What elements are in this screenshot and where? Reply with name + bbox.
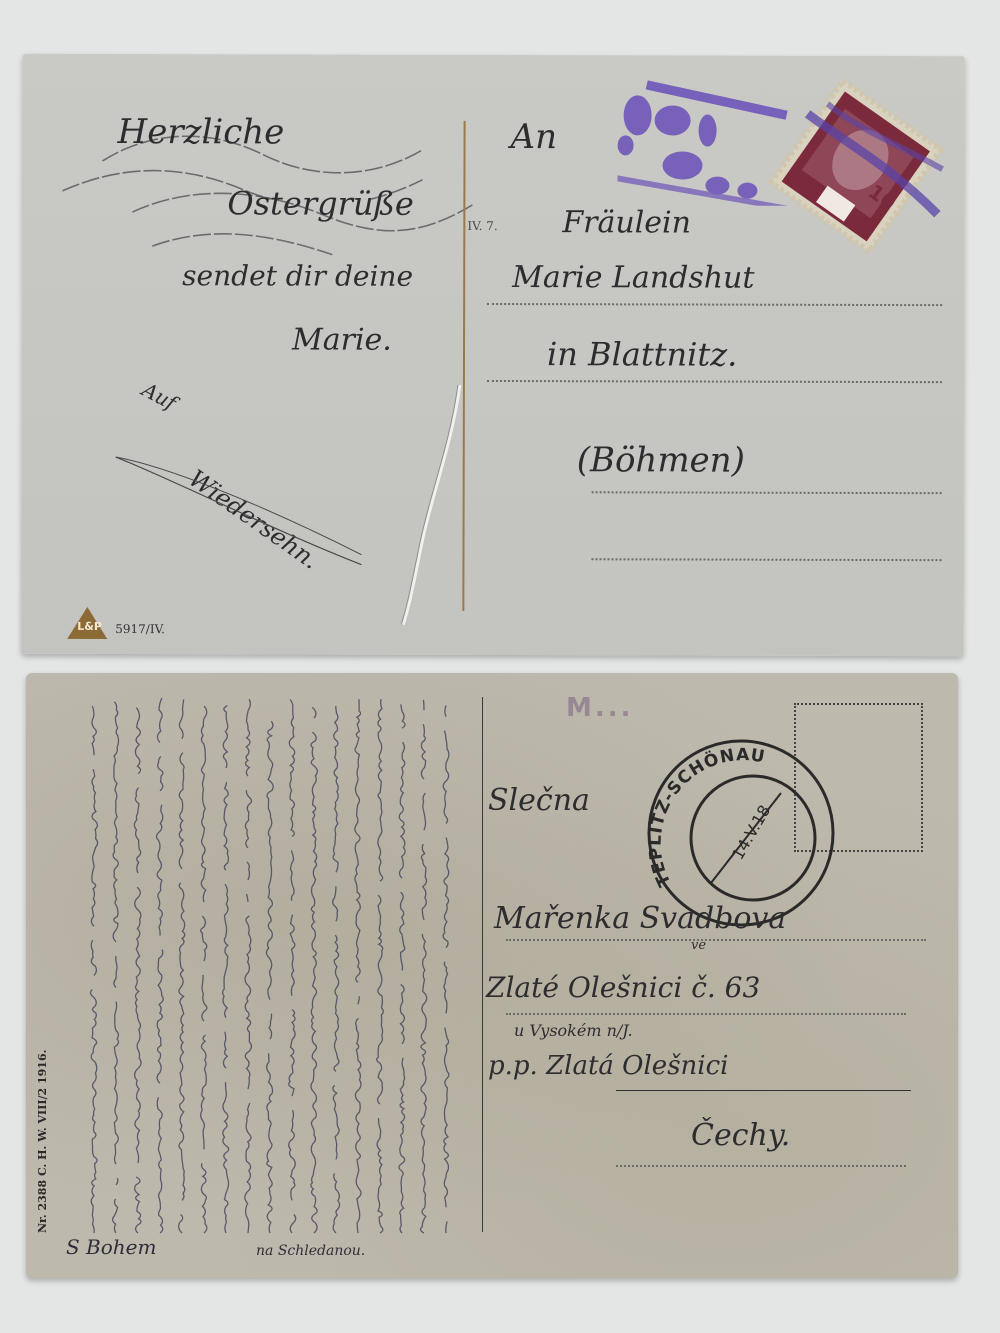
address-salutation: An	[511, 117, 558, 157]
postmark-date: 14.V.18	[728, 802, 774, 863]
postage-stamp: 10	[767, 74, 947, 254]
closing-underline	[111, 449, 371, 570]
greeting-signature: Marie.	[292, 322, 392, 357]
top-postcard: Herzliche Ostergrüße sendet dir deine Ma…	[21, 54, 965, 656]
address-title: Fräulein	[562, 205, 691, 240]
address-line-3	[592, 491, 942, 494]
postmark-date: IV. 7.	[467, 219, 497, 233]
handwritten-message	[76, 688, 476, 1243]
bottom-postcard: Nr. 2388 C. H. W. VIII/2 1916. S Bohem n…	[26, 673, 958, 1278]
publisher-mark: L&P 5917/IV.	[67, 607, 165, 639]
circular-postmark: TEPLITZ-SCHÖNAU 14.V.18	[641, 733, 836, 928]
print-code: Nr. 2388 C. H. W. VIII/2 1916.	[36, 1050, 49, 1233]
message-farewell: na Schledanou.	[256, 1243, 365, 1259]
publisher-logo-triangle: L&P	[67, 607, 107, 639]
address-region: Čechy.	[691, 1118, 790, 1153]
handwriting-strokes	[76, 688, 476, 1243]
address-preposition: ve	[691, 938, 706, 953]
address-line-4	[591, 558, 941, 561]
address-line-1	[487, 303, 942, 306]
address-post-office: p.p. Zlatá Olešnici	[488, 1051, 728, 1081]
address-town: Zlaté Olešnici č. 63	[486, 971, 760, 1004]
address-line-2	[487, 380, 942, 383]
paper-crease	[401, 385, 462, 625]
address-town: in Blattnitz.	[547, 335, 737, 373]
address-name: Mařenka Svadbova	[494, 901, 786, 936]
center-divider-line	[482, 697, 483, 1232]
closing-line-1: Auf	[138, 377, 180, 415]
address-line-3	[616, 1165, 906, 1167]
publisher-code: 5917/IV.	[115, 622, 165, 636]
greeting-line-2: Ostergrüße	[227, 184, 414, 222]
message-closing: S Bohem	[66, 1235, 156, 1259]
address-name: Marie Landshut	[512, 260, 754, 296]
address-line-2	[506, 1013, 906, 1015]
address-salutation: Slečna	[488, 783, 590, 818]
greeting-line-1: Herzliche	[118, 112, 285, 152]
center-divider-line	[462, 121, 465, 611]
faded-violet-stamp: M...	[566, 693, 634, 723]
post-office-underline	[616, 1090, 911, 1091]
address-line-1	[506, 939, 926, 941]
address-note: u Vysokém n/J.	[514, 1021, 633, 1040]
address-region: (Böhmen)	[577, 440, 745, 480]
greeting-line-3: sendet dir deine	[182, 259, 413, 293]
